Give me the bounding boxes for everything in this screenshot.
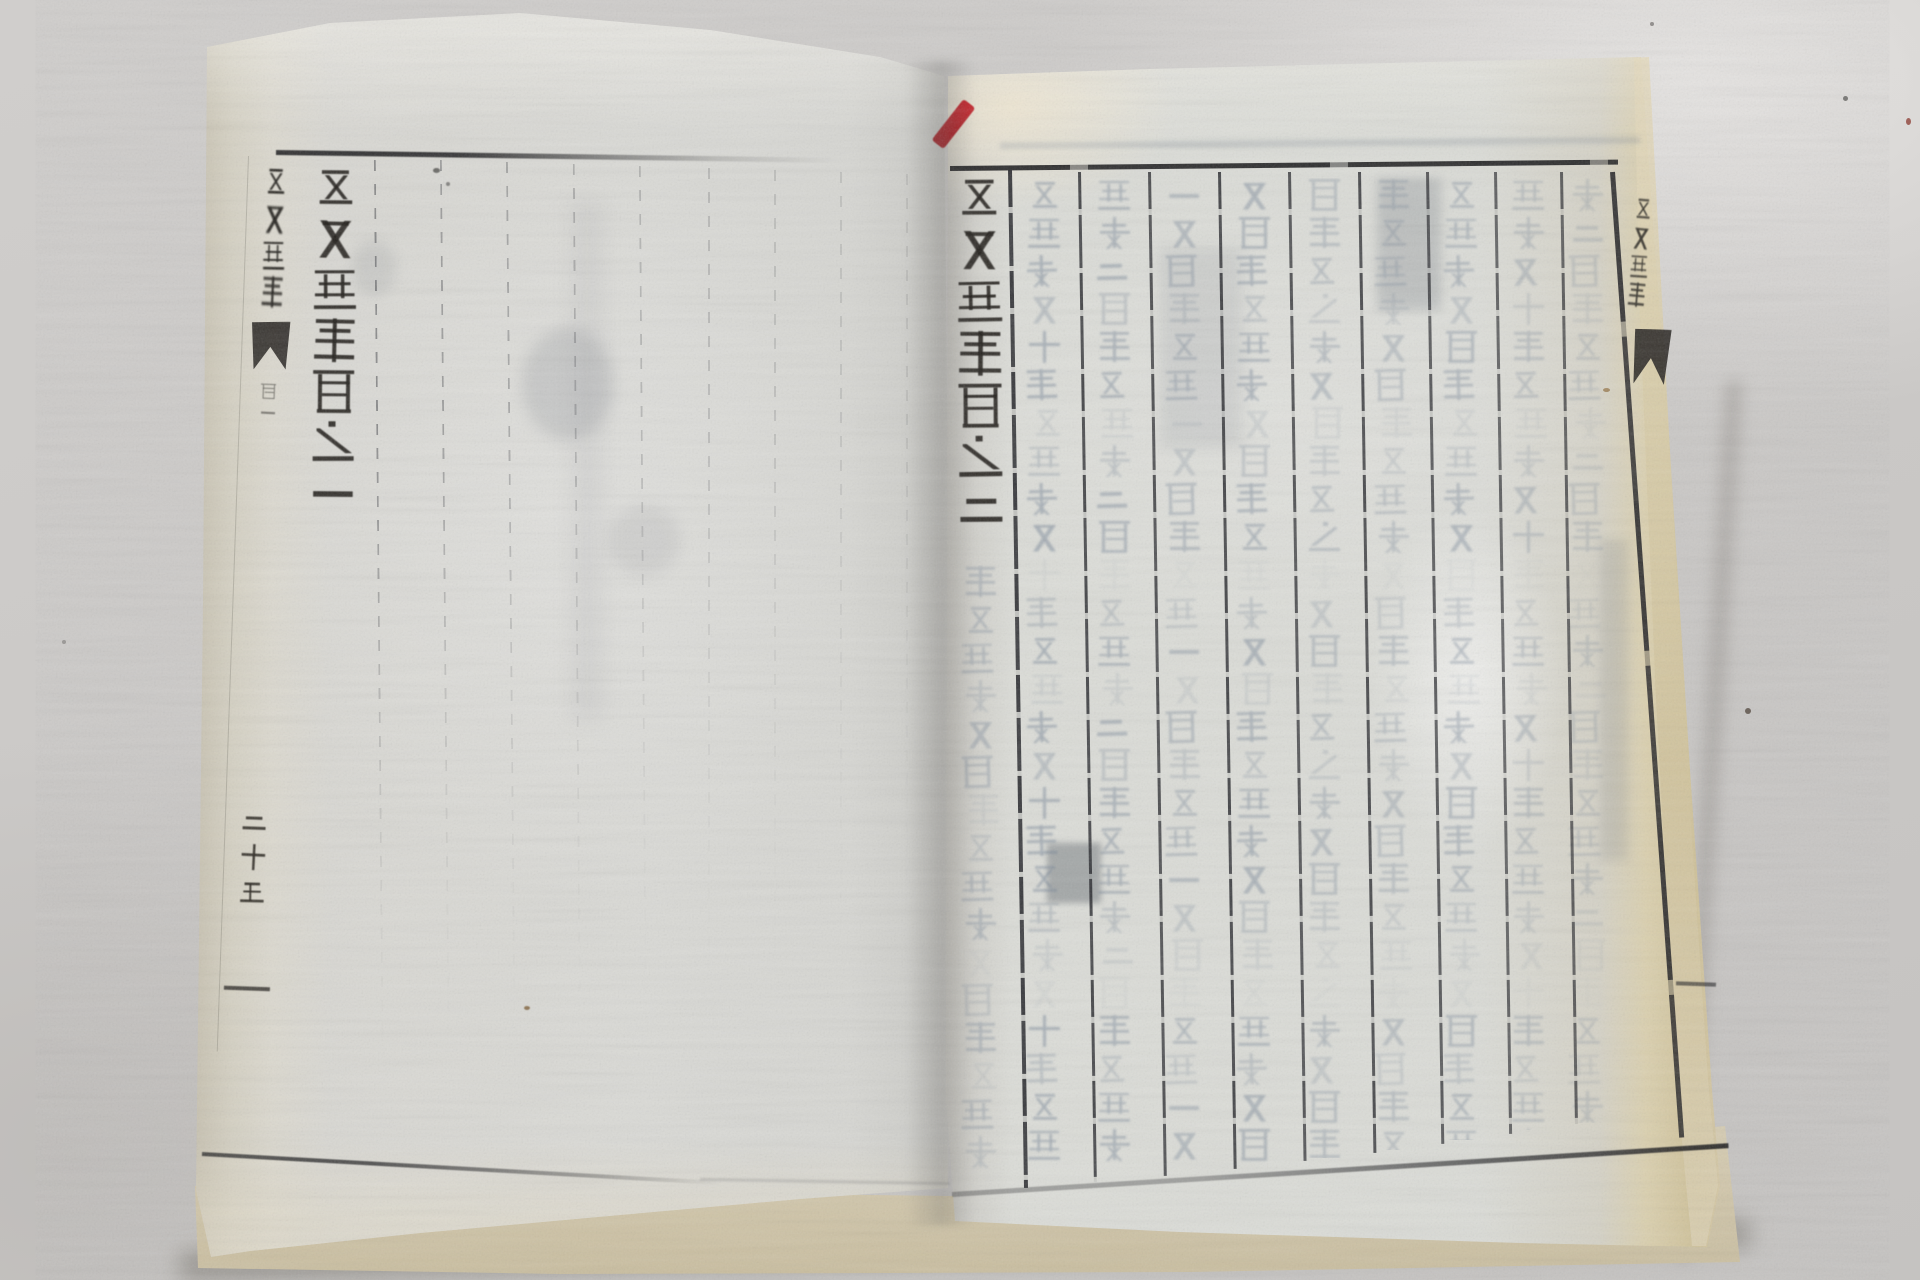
- bleed-glyph: 如: [1164, 710, 1198, 745]
- bleed-glyph: 時: [1164, 596, 1198, 631]
- bleed-glyph: 人: [1234, 824, 1268, 859]
- bleed-glyph: 如: [1164, 254, 1198, 289]
- bleed-glyph: 生: [1308, 634, 1341, 668]
- ink-speck: [446, 182, 450, 186]
- bleed-glyph: 與: [1445, 292, 1478, 326]
- bleed-glyph: 為: [1373, 596, 1407, 631]
- glyph: 一: [260, 403, 277, 421]
- bleed-glyph: 月: [1377, 862, 1410, 896]
- bleed-glyph: 與: [1445, 748, 1478, 782]
- bleed-glyph: 無: [1508, 368, 1542, 403]
- bleed-glyph: 人: [1234, 368, 1268, 403]
- bleed-glyph: 其: [1567, 710, 1601, 745]
- bleed-glyph: 二: [1094, 254, 1128, 289]
- bleed-glyph: 知: [1238, 444, 1271, 478]
- glyph: 選: [1627, 281, 1647, 309]
- fishtail-icon-left: [250, 320, 292, 371]
- bleed-glyph: 如: [1164, 482, 1198, 517]
- bleed-glyph: 月: [1377, 634, 1410, 668]
- bleed-glyph: 書: [1308, 330, 1341, 364]
- bleed-glyph: 大: [1238, 862, 1271, 896]
- bleed-glyph: 之: [1308, 976, 1341, 1010]
- bleed-glyph: 文: [1304, 824, 1338, 859]
- bleed-glyph: 言: [1512, 178, 1545, 212]
- bleed-glyph: 張: [1445, 786, 1478, 820]
- bleed-glyph: 十: [1512, 748, 1545, 782]
- bleed-glyph: 心: [1512, 330, 1545, 364]
- bleed-glyph: 此: [1234, 710, 1268, 745]
- bleed-glyph: 答: [1031, 938, 1064, 972]
- bleed-glyph: 得: [1101, 672, 1134, 706]
- bleed-glyph: 不: [1441, 596, 1475, 631]
- gutter-shadow: [905, 60, 975, 1225]
- bleed-glyph: 而: [1168, 900, 1201, 934]
- bleed-glyph: 事: [1168, 330, 1201, 364]
- bleed-glyph: 者: [1028, 292, 1061, 326]
- left-spine-bottom-rule: [224, 986, 270, 992]
- bleed-glyph: 事: [1168, 1014, 1201, 1048]
- bleed-glyph: 有: [1098, 786, 1131, 820]
- bleed-glyph: 言: [1512, 1090, 1545, 1124]
- bleed-glyph: 文: [1304, 368, 1338, 403]
- bleed-glyph: 者: [1028, 976, 1061, 1010]
- bleed-glyph: 無: [1508, 1052, 1542, 1087]
- bleed-glyph: 時: [1164, 1052, 1198, 1087]
- bleed-glyph: 而: [1171, 672, 1204, 706]
- stain: [608, 505, 680, 575]
- glyph: 卷: [261, 383, 278, 401]
- bleed-glyph: 二: [1094, 482, 1128, 517]
- bleed-glyph: 答: [1512, 900, 1545, 934]
- bleed-glyph: 其: [1098, 748, 1131, 782]
- bleed-glyph: 言: [1515, 406, 1548, 440]
- bleed-glyph: 二: [1094, 710, 1128, 745]
- bleed-glyph: 大: [1238, 634, 1271, 668]
- bleed-glyph: 天: [1373, 254, 1407, 289]
- bleed-glyph: 于: [1238, 292, 1271, 326]
- bleed-glyph: 心: [1512, 1014, 1545, 1048]
- bleed-glyph: 夫: [1098, 178, 1131, 212]
- bleed-glyph: 言: [1028, 900, 1061, 934]
- bleed-glyph: 行: [1308, 216, 1341, 250]
- bleed-glyph: 天: [1373, 482, 1407, 517]
- bleed-glyph: 日: [1304, 710, 1338, 745]
- bleed-glyph: 可: [1571, 786, 1604, 820]
- bleed-glyph: 生: [1308, 1090, 1341, 1124]
- bleed-glyph: 得: [1571, 862, 1604, 896]
- bleed-glyph: 以: [1380, 672, 1413, 706]
- bleed-glyph: 與: [1445, 976, 1478, 1010]
- bleed-glyph: 夫: [1567, 1052, 1601, 1087]
- bleed-glyph: 日: [1311, 938, 1344, 972]
- bleed-glyph: 張: [1445, 1014, 1478, 1048]
- glyph: 百: [313, 266, 357, 312]
- bleed-glyph: 可: [1571, 558, 1604, 592]
- bleed-glyph: 而: [1168, 1128, 1201, 1162]
- bleed-glyph: 可: [1094, 368, 1128, 403]
- bleed-glyph: 無: [1508, 824, 1542, 859]
- glyph: 書: [1631, 223, 1651, 251]
- dust-speck: [1906, 118, 1911, 125]
- bleed-glyph: 先: [1377, 330, 1410, 364]
- left-page-title: 朱書百選卷之一: [301, 164, 368, 522]
- bleed-glyph: 夫: [1567, 368, 1601, 403]
- column-line: [840, 172, 842, 1012]
- bleed-glyph: 大: [1238, 1090, 1271, 1124]
- bleed-glyph: 無: [1508, 596, 1542, 631]
- bleed-glyph: 此: [1234, 254, 1268, 289]
- bleed-glyph: 無: [1028, 634, 1061, 668]
- bleed-glyph: 天: [1380, 938, 1413, 972]
- bleed-glyph: 書: [1308, 1014, 1341, 1048]
- left-spine-title: 朱書百選: [261, 165, 288, 314]
- bleed-glyph: 自: [1168, 292, 1201, 326]
- bleed-glyph: 言: [1028, 216, 1061, 250]
- bleed-glyph: 文: [1304, 1052, 1338, 1087]
- bleed-glyph: 而: [1168, 444, 1201, 478]
- bleed-glyph: 所: [1448, 672, 1481, 706]
- bleed-glyph: 得: [1098, 900, 1131, 934]
- bleed-glyph: 二: [1574, 672, 1607, 706]
- bleed-glyph: 書: [1308, 786, 1341, 820]
- bleed-glyph: 為: [1373, 824, 1407, 859]
- glyph: 十: [239, 842, 265, 871]
- bleed-glyph: 天: [1373, 710, 1407, 745]
- bleed-glyph: 其: [1567, 482, 1601, 517]
- bleed-glyph: 其: [1567, 254, 1601, 289]
- bleed-glyph: 言: [1512, 862, 1545, 896]
- bleed-glyph: 言: [1512, 634, 1545, 668]
- bleed-glyph: 見: [1238, 558, 1271, 592]
- bleed-glyph: 心: [1512, 786, 1545, 820]
- bleed-glyph: 之: [1308, 748, 1341, 782]
- glyph: 朱: [1634, 195, 1653, 222]
- bleed-glyph: 知: [1241, 672, 1274, 706]
- left-leaf-number: 二十五: [233, 808, 273, 914]
- bleed-glyph: 先: [1377, 558, 1410, 592]
- bleed-glyph: 于: [1238, 520, 1271, 554]
- bleed-glyph: 文: [1304, 596, 1338, 631]
- bleed-glyph: 二: [1101, 938, 1134, 972]
- bleed-glyph: 行: [1308, 444, 1341, 478]
- bleed-glyph: 答: [1512, 216, 1545, 250]
- bleed-glyph: 答: [1512, 1128, 1545, 1130]
- bleed-glyph: 不: [1441, 824, 1475, 859]
- bleed-glyph: 知: [1238, 216, 1271, 250]
- dust-speck: [62, 640, 66, 644]
- bleed-glyph: 不: [1441, 1052, 1475, 1087]
- bleed-glyph: 二: [1571, 216, 1604, 250]
- bleed-glyph: 夫: [1101, 406, 1134, 440]
- dust-speck: [1843, 96, 1848, 101]
- bleed-glyph: 無: [1031, 406, 1064, 440]
- bleed-glyph: 學: [1377, 976, 1410, 1010]
- bleed-glyph: 可: [1571, 330, 1604, 364]
- bleed-glyph: 答: [1024, 710, 1058, 745]
- bleed-glyph: 生: [1311, 406, 1344, 440]
- bleed-glyph: 之: [1308, 292, 1341, 326]
- bleed-glyph: 其: [1098, 292, 1131, 326]
- bleed-glyph: 學: [1377, 520, 1410, 554]
- bleed-glyph: 與: [1445, 520, 1478, 554]
- bleed-glyph: 得: [1098, 216, 1131, 250]
- bleed-glyph: 以: [1377, 900, 1410, 934]
- bleed-glyph: 見: [1238, 786, 1271, 820]
- dust-speck: [1650, 22, 1654, 26]
- bleed-glyph: 中: [1448, 406, 1481, 440]
- glyph: 百: [262, 239, 285, 272]
- glyph: 二: [241, 808, 267, 836]
- bleed-glyph: 先: [1377, 786, 1410, 820]
- bleed-glyph: 月: [1377, 178, 1410, 212]
- bleed-glyph: 人: [1234, 1052, 1268, 1087]
- bleed-glyph: 得: [1574, 406, 1607, 440]
- bleed-glyph: 道: [1441, 710, 1475, 745]
- bleed-glyph: 先: [1377, 1014, 1410, 1048]
- bleed-glyph: 者: [1508, 710, 1542, 745]
- bleed-glyph: 生: [1308, 862, 1341, 896]
- bleed-glyph: 人: [1234, 596, 1268, 631]
- bleed-glyph: 日: [1304, 482, 1338, 517]
- bleed-glyph: 一: [1168, 1090, 1201, 1124]
- bleed-glyph: 夫: [1567, 596, 1601, 631]
- bleed-glyph: 行: [1308, 1128, 1341, 1158]
- bleed-glyph: 事: [1168, 558, 1201, 592]
- bleed-glyph: 得: [1571, 178, 1604, 212]
- bleed-glyph: 言: [1028, 1128, 1061, 1162]
- bleed-glyph: 二: [1571, 444, 1604, 478]
- bleed-glyph: 日: [1304, 254, 1338, 289]
- bleed-glyph: 而: [1168, 216, 1201, 250]
- bleed-glyph: 書: [1308, 558, 1341, 592]
- bleed-glyph: 月: [1377, 1090, 1410, 1124]
- bleed-glyph: 夫: [1098, 1090, 1131, 1124]
- bleed-glyph: 此: [1234, 482, 1268, 517]
- bleed-glyph: 其: [1574, 938, 1607, 972]
- bleed-glyph: 行: [1308, 900, 1341, 934]
- bleed-glyph: 答: [1024, 482, 1058, 517]
- bleed-glyph: 十: [1028, 1014, 1061, 1048]
- column-line: [708, 168, 710, 1048]
- bleed-glyph: 其: [1098, 520, 1131, 554]
- bleed-glyph: 二: [1571, 900, 1604, 934]
- bleed-glyph: 于: [1238, 976, 1271, 1010]
- bleed-glyph: 無: [1028, 178, 1061, 212]
- bleed-glyph: 學: [1377, 748, 1410, 782]
- bleed-glyph: 者: [1515, 938, 1548, 972]
- bleed-glyph: 有: [1571, 748, 1604, 782]
- glyph: 卷: [312, 368, 356, 414]
- bleed-glyph: 心: [1024, 368, 1058, 403]
- bleed-glyph: 其: [1098, 976, 1131, 1010]
- bleed-glyph: 張: [1445, 558, 1478, 592]
- dirt-speck: [524, 1006, 530, 1010]
- bleed-glyph: 心: [1024, 596, 1058, 631]
- glyph: 朱: [265, 165, 288, 199]
- glyph: 之: [311, 419, 355, 465]
- bleed-glyph: 自: [1168, 976, 1201, 1010]
- bleed-glyph: 一: [1168, 634, 1201, 668]
- dust-speck: [1745, 708, 1751, 714]
- bleed-glyph: 于: [1238, 748, 1271, 782]
- bleed-glyph: 得: [1098, 444, 1131, 478]
- bleed-text-column: 得二其有可夫得二其有可夫得二其有可夫得二其有可夫得二: [1564, 178, 1610, 1123]
- bleed-glyph: 心: [1024, 824, 1058, 859]
- bleed-glyph: 一: [1168, 862, 1201, 896]
- bleed-glyph: 十: [1028, 558, 1061, 592]
- bleed-glyph: 可: [1094, 824, 1128, 859]
- bleed-glyph: 知: [1238, 1128, 1271, 1162]
- bleed-glyph: 十: [1028, 330, 1061, 364]
- ink-speck: [433, 168, 440, 173]
- bleed-glyph: 一: [1171, 406, 1204, 440]
- glyph: 書: [313, 214, 358, 263]
- bleed-glyph: 事: [1168, 786, 1201, 820]
- bleed-glyph: 如: [1171, 938, 1204, 972]
- bleed-glyph: 得: [1098, 1128, 1131, 1162]
- bleed-glyph: 言: [1028, 444, 1061, 478]
- bleed-glyph: 答: [1515, 672, 1548, 706]
- bleed-glyph: 所: [1445, 216, 1478, 250]
- glyph: 選: [312, 316, 357, 365]
- bleed-glyph: 十: [1512, 976, 1545, 1010]
- glyph: 五: [239, 878, 265, 906]
- bleed-glyph: 有: [1098, 558, 1131, 592]
- bleed-glyph: 答: [1512, 444, 1545, 478]
- bleed-glyph: 得: [1571, 634, 1604, 668]
- bleed-glyph: 夫: [1098, 634, 1131, 668]
- glyph: 一: [311, 470, 355, 516]
- bleed-glyph: 道: [1441, 254, 1475, 289]
- bleed-glyph: 者: [1508, 482, 1542, 517]
- bleed-glyph: 不: [1441, 368, 1475, 403]
- bleed-glyph: 中: [1445, 862, 1478, 896]
- bleed-glyph: 中: [1445, 634, 1478, 668]
- bleed-glyph: 知: [1238, 900, 1271, 934]
- bleed-glyph: 心: [1024, 1052, 1058, 1087]
- bleed-glyph: 為: [1373, 368, 1407, 403]
- right-spine-title: 朱書百選: [1627, 195, 1653, 311]
- bleed-glyph: 此: [1241, 938, 1274, 972]
- bleed-glyph: 以: [1377, 444, 1410, 478]
- bleed-glyph: 之: [1308, 520, 1341, 554]
- bleed-glyph: 無: [1028, 1090, 1061, 1124]
- bleed-glyph: 時: [1164, 824, 1198, 859]
- bleed-glyph: 有: [1571, 520, 1604, 554]
- bleed-glyph: 有: [1571, 292, 1604, 326]
- bleed-glyph: 大: [1241, 406, 1274, 440]
- column-line: [774, 170, 776, 1030]
- bleed-glyph: 所: [1445, 900, 1478, 934]
- bleed-glyph: 時: [1164, 368, 1198, 403]
- bleed-glyph: 可: [1094, 596, 1128, 631]
- photo-scene: 朱書百選 卷一 二十五 朱書百選卷之一 朱書百選卷之二 不中所道與張不中所道與張…: [0, 0, 1920, 1280]
- bleed-glyph: 生: [1308, 178, 1341, 212]
- bleed-glyph: 言: [1031, 672, 1064, 706]
- bleed-glyph: 見: [1238, 330, 1271, 364]
- bleed-glyph: 者: [1028, 748, 1061, 782]
- glyph: 百: [1629, 253, 1648, 280]
- bleed-glyph: 無: [1028, 862, 1061, 896]
- bleed-glyph: 自: [1168, 748, 1201, 782]
- bleed-glyph: 學: [1377, 292, 1410, 326]
- bleed-glyph: 心: [1512, 558, 1545, 592]
- glyph: 書: [263, 201, 286, 236]
- bleed-glyph: 者: [1028, 520, 1061, 554]
- bleed-glyph: 可: [1094, 1052, 1128, 1087]
- bleed-glyph: 行: [1311, 672, 1344, 706]
- bleed-glyph: 以: [1377, 216, 1410, 250]
- bleed-glyph: 者: [1508, 254, 1542, 289]
- bleed-glyph: 道: [1448, 938, 1481, 972]
- bleed-glyph: 為: [1373, 1052, 1407, 1087]
- glyph: 選: [261, 275, 284, 310]
- bleed-glyph: 道: [1441, 482, 1475, 517]
- bleed-glyph: 所: [1445, 444, 1478, 478]
- bleed-glyph: 十: [1512, 292, 1545, 326]
- bleed-glyph: 有: [1098, 1014, 1131, 1048]
- bleed-glyph: 十: [1028, 786, 1061, 820]
- left-spine-volume-label: 卷一: [260, 383, 277, 426]
- bleed-glyph: 答: [1024, 254, 1058, 289]
- glyph: 朱: [314, 164, 358, 210]
- bleed-glyph: 中: [1445, 178, 1478, 212]
- bleed-glyph: 大: [1238, 178, 1271, 212]
- bleed-glyph: 十: [1512, 520, 1545, 554]
- bleed-glyph: 夫: [1098, 862, 1131, 896]
- bleed-glyph: 以: [1377, 1128, 1410, 1150]
- bleed-glyph: 自: [1168, 520, 1201, 554]
- bleed-glyph: 一: [1168, 178, 1201, 212]
- bleed-glyph: 所: [1445, 1128, 1478, 1140]
- bleed-glyph: 月: [1380, 406, 1413, 440]
- bleed-glyph: 見: [1238, 1014, 1271, 1048]
- bleed-glyph: 有: [1098, 330, 1131, 364]
- bleed-glyph: 中: [1445, 1090, 1478, 1124]
- bleed-glyph: 張: [1445, 330, 1478, 364]
